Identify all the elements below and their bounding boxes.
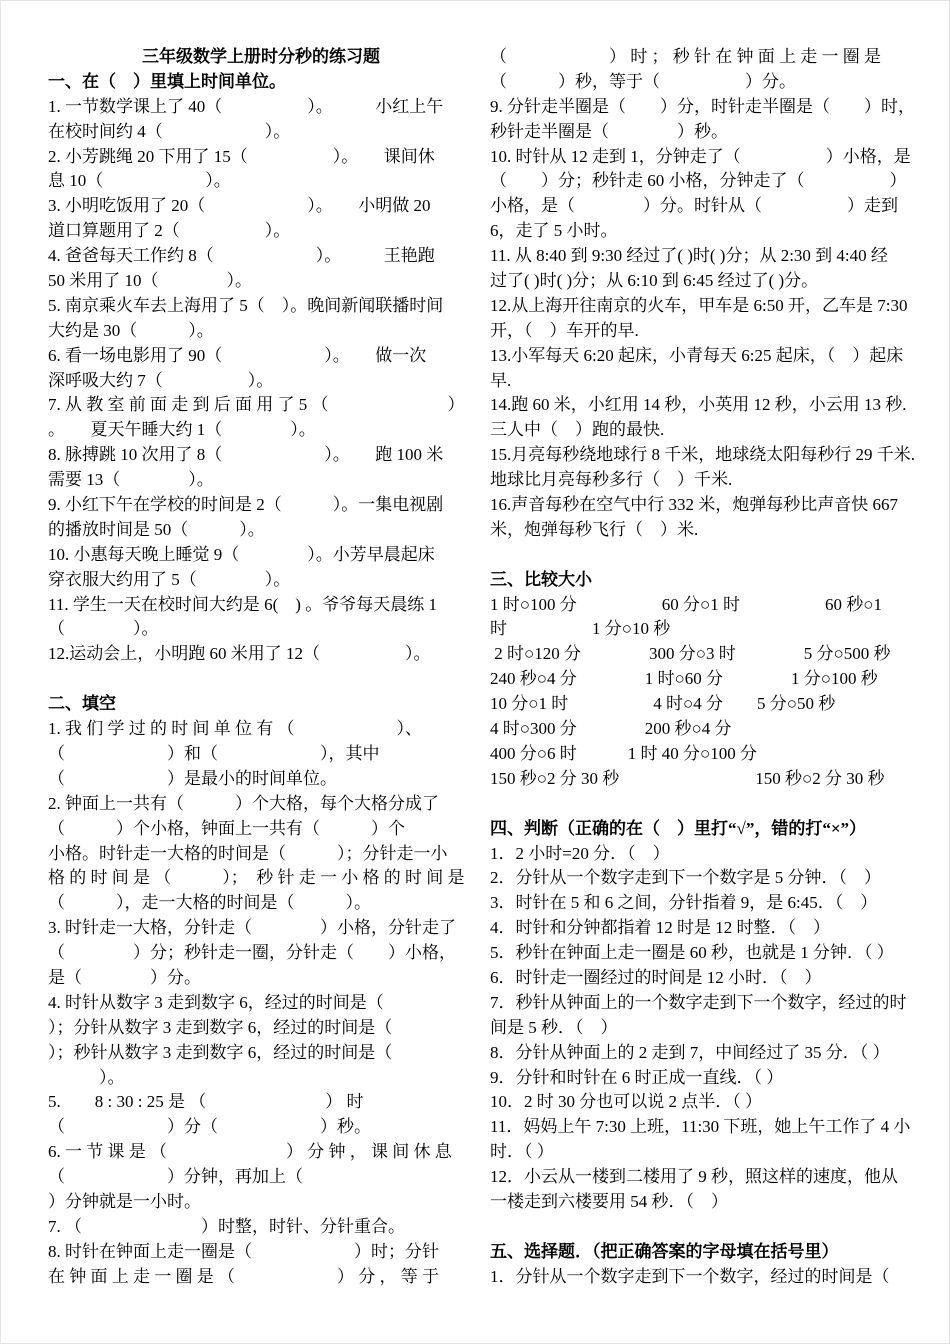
text-line: 11. 从 8:40 到 9:30 经过了( )时( )分；从 2:30 到 4… xyxy=(490,244,924,269)
text-line xyxy=(490,1215,924,1240)
left-column: 三年级数学上册时分秒的练习题一、在（ ）里填上时间单位。1. 一节数学课上了 4… xyxy=(48,45,474,1290)
text-line: （ ）。 xyxy=(48,617,474,642)
text-line: 格 的 时 间 是 （ ）； 秒 针 走 一 小 格 的 时 间 是 xyxy=(48,866,474,891)
text-line: 1. 我 们 学 过 的 时 间 单 位 有 （ ）、 xyxy=(48,717,474,742)
text-line: 12．小云从一楼到二楼用了 9 秒，照这样的速度，他从 xyxy=(490,1165,924,1190)
text-line: ）。 xyxy=(48,1066,474,1091)
text-line: 米，炮弹每秒飞行（ ）米. xyxy=(490,518,924,543)
worksheet-page: 三年级数学上册时分秒的练习题一、在（ ）里填上时间单位。1. 一节数学课上了 4… xyxy=(0,0,950,1344)
text-line: 小格。时针走一大格的时间是（ ）；分针走一小 xyxy=(48,842,474,867)
text-line: 早. xyxy=(490,369,924,394)
text-line: 三人中（ ）跑的最快. xyxy=(490,418,924,443)
text-line: 3. 时针走一大格，分针走（ ）小格，分针走了 xyxy=(48,916,474,941)
section-heading: 一、在（ ）里填上时间单位。 xyxy=(48,70,474,95)
text-line: 4 时○300 分 200 秒○4 分 xyxy=(490,717,924,742)
text-line: 10 分○1 时 4 时○4 分 5 分○50 秒 xyxy=(490,692,924,717)
text-line: （ ） 时 ； 秒 针 在 钟 面 上 走 一 圈 是 xyxy=(490,45,924,70)
text-line: ）；分针从数字 3 走到数字 6，经过的时间是（ xyxy=(48,1016,474,1041)
text-line: 时．（ ） xyxy=(490,1140,924,1165)
text-line: 7. 从 教 室 前 面 走 到 后 面 用 了 5 （ ） xyxy=(48,393,474,418)
text-line: 5．秒针在钟面上走一圈是 60 秒，也就是 1 分钟．（ ） xyxy=(490,941,924,966)
page-title: 三年级数学上册时分秒的练习题 xyxy=(48,45,474,70)
text-line: 5. 南京乘火车去上海用了 5（ ）。晚间新闻联播时间 xyxy=(48,294,474,319)
text-line: 1 时○100 分 60 分○1 时 60 秒○1 xyxy=(490,593,924,618)
text-line: 时 1 分○10 秒 xyxy=(490,617,924,642)
text-line: 3．时针在 5 和 6 之间，分针指着 9，是 6:45．（ ） xyxy=(490,891,924,916)
text-line: 6，走了 5 小时。 xyxy=(490,219,924,244)
text-line: 12.运动会上，小明跑 60 米用了 12（ ）。 xyxy=(48,642,474,667)
text-line: 小格，是（ ）分。时针从（ ）走到 xyxy=(490,194,924,219)
text-line: （ ）分；秒针走 60 小格，分钟走了（ ） xyxy=(490,169,924,194)
text-line: （ ）是最小的时间单位。 xyxy=(48,767,474,792)
text-line: 10. 时针从 12 走到 1，分钟走了（ ）小格，是 xyxy=(490,145,924,170)
text-line: 1．分针从一个数字走到下一个数字，经过的时间是（ xyxy=(490,1265,924,1290)
text-line: （ ）秒，等于（ ）分。 xyxy=(490,70,924,95)
text-line: 8．分针从钟面上的 2 走到 7，中间经过了 35 分．（ ） xyxy=(490,1041,924,1066)
text-line: 14.跑 60 米，小红用 14 秒，小英用 12 秒，小云用 13 秒. xyxy=(490,393,924,418)
text-line: 息 10（ ）。 xyxy=(48,169,474,194)
right-column: （ ） 时 ； 秒 针 在 钟 面 上 走 一 圈 是（ ）秒，等于（ ）分。9… xyxy=(490,45,924,1290)
section-heading: 三、比较大小 xyxy=(490,568,924,593)
section-heading: 四、判断（正确的在（ ）里打“√”，错的打“×”） xyxy=(490,817,924,842)
text-line: 一楼走到六楼要用 54 秒．（ ） xyxy=(490,1190,924,1215)
text-line xyxy=(490,792,924,817)
text-line: 在校时间约 4（ ）。 xyxy=(48,120,474,145)
text-line: 间是 5 秒．（ ） xyxy=(490,1016,924,1041)
text-line: 1. 一节数学课上了 40（ ）。 小红上午 xyxy=(48,95,474,120)
text-line: ）；秒针从数字 3 走到数字 6，经过的时间是（ xyxy=(48,1041,474,1066)
text-line: 秒针走半圈是（ ）秒。 xyxy=(490,120,924,145)
text-line: 6．时针走一圈经过的时间是 12 小时．（ ） xyxy=(490,966,924,991)
text-line: 穿衣服大约用了 5（ ）。 xyxy=(48,568,474,593)
text-line: 10. 小惠每天晚上睡觉 9（ ）。小芳早晨起床 xyxy=(48,543,474,568)
text-line xyxy=(490,543,924,568)
text-line: 3. 小明吃饭用了 20（ ）。 小明做 20 xyxy=(48,194,474,219)
text-line: 1．2 小时=20 分．（ ） xyxy=(490,842,924,867)
text-line: 2 时○120 分 300 分○3 时 5 分○500 秒 xyxy=(490,642,924,667)
text-line: 240 秒○4 分 1 时○60 分 1 分○100 秒 xyxy=(490,667,924,692)
text-line: 9. 小红下午在学校的时间是 2（ ）。一集电视剧 xyxy=(48,493,474,518)
text-line: 4. 时针从数字 3 走到数字 6，经过的时间是（ xyxy=(48,991,474,1016)
text-line: 9. 分针走半圈是（ ）分，时针走半圈是（ ）时， xyxy=(490,95,924,120)
text-line: 深呼吸大约 7（ ）。 xyxy=(48,369,474,394)
section-heading: 五、选择题．（把正确答案的字母填在括号里） xyxy=(490,1240,924,1265)
text-line: （ ）分；秒针走一圈，分针走（ ）小格， xyxy=(48,941,474,966)
text-line: 地球比月亮每秒多行（ ）千米. xyxy=(490,468,924,493)
text-line: 16.声音每秒在空气中行 332 米，炮弹每秒比声音快 667 xyxy=(490,493,924,518)
text-line: 大约是 30（ ）。 xyxy=(48,319,474,344)
text-line: 8. 脉搏跳 10 次用了 8（ ）。 跑 100 米 xyxy=(48,443,474,468)
text-line: 15.月亮每秒绕地球行 8 千米，地球绕太阳每秒行 29 千米. xyxy=(490,443,924,468)
text-line: 需要 13（ ）。 xyxy=(48,468,474,493)
text-line: 13.小军每天 6:20 起床，小青每天 6:25 起床，（ ）起床 xyxy=(490,344,924,369)
text-line: 150 秒○2 分 30 秒 150 秒○2 分 30 秒 xyxy=(490,767,924,792)
text-line: 道口算题用了 2（ ）。 xyxy=(48,219,474,244)
text-line: （ ）分（ ）秒。 xyxy=(48,1115,474,1140)
text-line: 2．分针从一个数字走到下一个数字是 5 分钟．（ ） xyxy=(490,866,924,891)
text-line: 4．时针和分钟都指着 12 时是 12 时整．（ ） xyxy=(490,916,924,941)
text-line: 的播放时间是 50（ ）。 xyxy=(48,518,474,543)
text-line: 5. 8 : 30 : 25 是 （ ） 时 xyxy=(48,1090,474,1115)
text-line: ）分钟就是一小时。 xyxy=(48,1190,474,1215)
text-line: 50 米用了 10（ ）。 xyxy=(48,269,474,294)
text-line: 11．妈妈上午 7:30 上班，11:30 下班，她上午工作了 4 小 xyxy=(490,1115,924,1140)
text-line: 是（ ）分。 xyxy=(48,966,474,991)
text-line: 2. 小芳跳绳 20 下用了 15（ ）。 课间休 xyxy=(48,145,474,170)
text-line: 12.从上海开往南京的火车，甲车是 6:50 开，乙车是 7:30 xyxy=(490,294,924,319)
text-line: 6. 看一场电影用了 90（ ）。 做一次 xyxy=(48,344,474,369)
text-line: （ ）个小格，钟面上一共有（ ）个 xyxy=(48,817,474,842)
text-line: 开，（ ）车开的早. xyxy=(490,319,924,344)
text-line: 10．2 时 30 分也可以说 2 点半．（ ） xyxy=(490,1090,924,1115)
text-line: 11. 学生一天在校时间大约是 6( ) 。爷爷每天晨练 1 xyxy=(48,593,474,618)
text-line: 7．秒针从钟面上的一个数字走到下一个数字，经过的时 xyxy=(490,991,924,1016)
text-line: 在 钟 面 上 走 一 圈 是 （ ） 分 ， 等 于 xyxy=(48,1265,474,1290)
text-line: 400 分○6 时 1 时 40 分○100 分 xyxy=(490,742,924,767)
text-line: 2. 钟面上一共有（ ）个大格，每个大格分成了 xyxy=(48,792,474,817)
section-heading: 二、填空 xyxy=(48,692,474,717)
text-line: 8. 时针在钟面上走一圈是（ ）时；分针 xyxy=(48,1240,474,1265)
text-line: （ ）和（ ），其中 xyxy=(48,742,474,767)
text-line: 7. （ ）时整，时针、分针重合。 xyxy=(48,1215,474,1240)
text-line: 4. 爸爸每天工作约 8（ ）。 王艳跑 xyxy=(48,244,474,269)
text-line: （ ）分钟，再加上（ xyxy=(48,1165,474,1190)
text-line xyxy=(48,667,474,692)
text-line: 。 夏天午睡大约 1（ ）。 xyxy=(48,418,474,443)
text-line: 过了( )时( )分；从 6:10 到 6:45 经过了( )分。 xyxy=(490,269,924,294)
text-line: （ ），走一大格的时间是（ ）。 xyxy=(48,891,474,916)
text-line: 9．分针和时针在 6 时正成一直线．（ ） xyxy=(490,1066,924,1091)
text-line: 6. 一 节 课 是 （ ） 分 钟 ， 课 间 休 息 xyxy=(48,1140,474,1165)
